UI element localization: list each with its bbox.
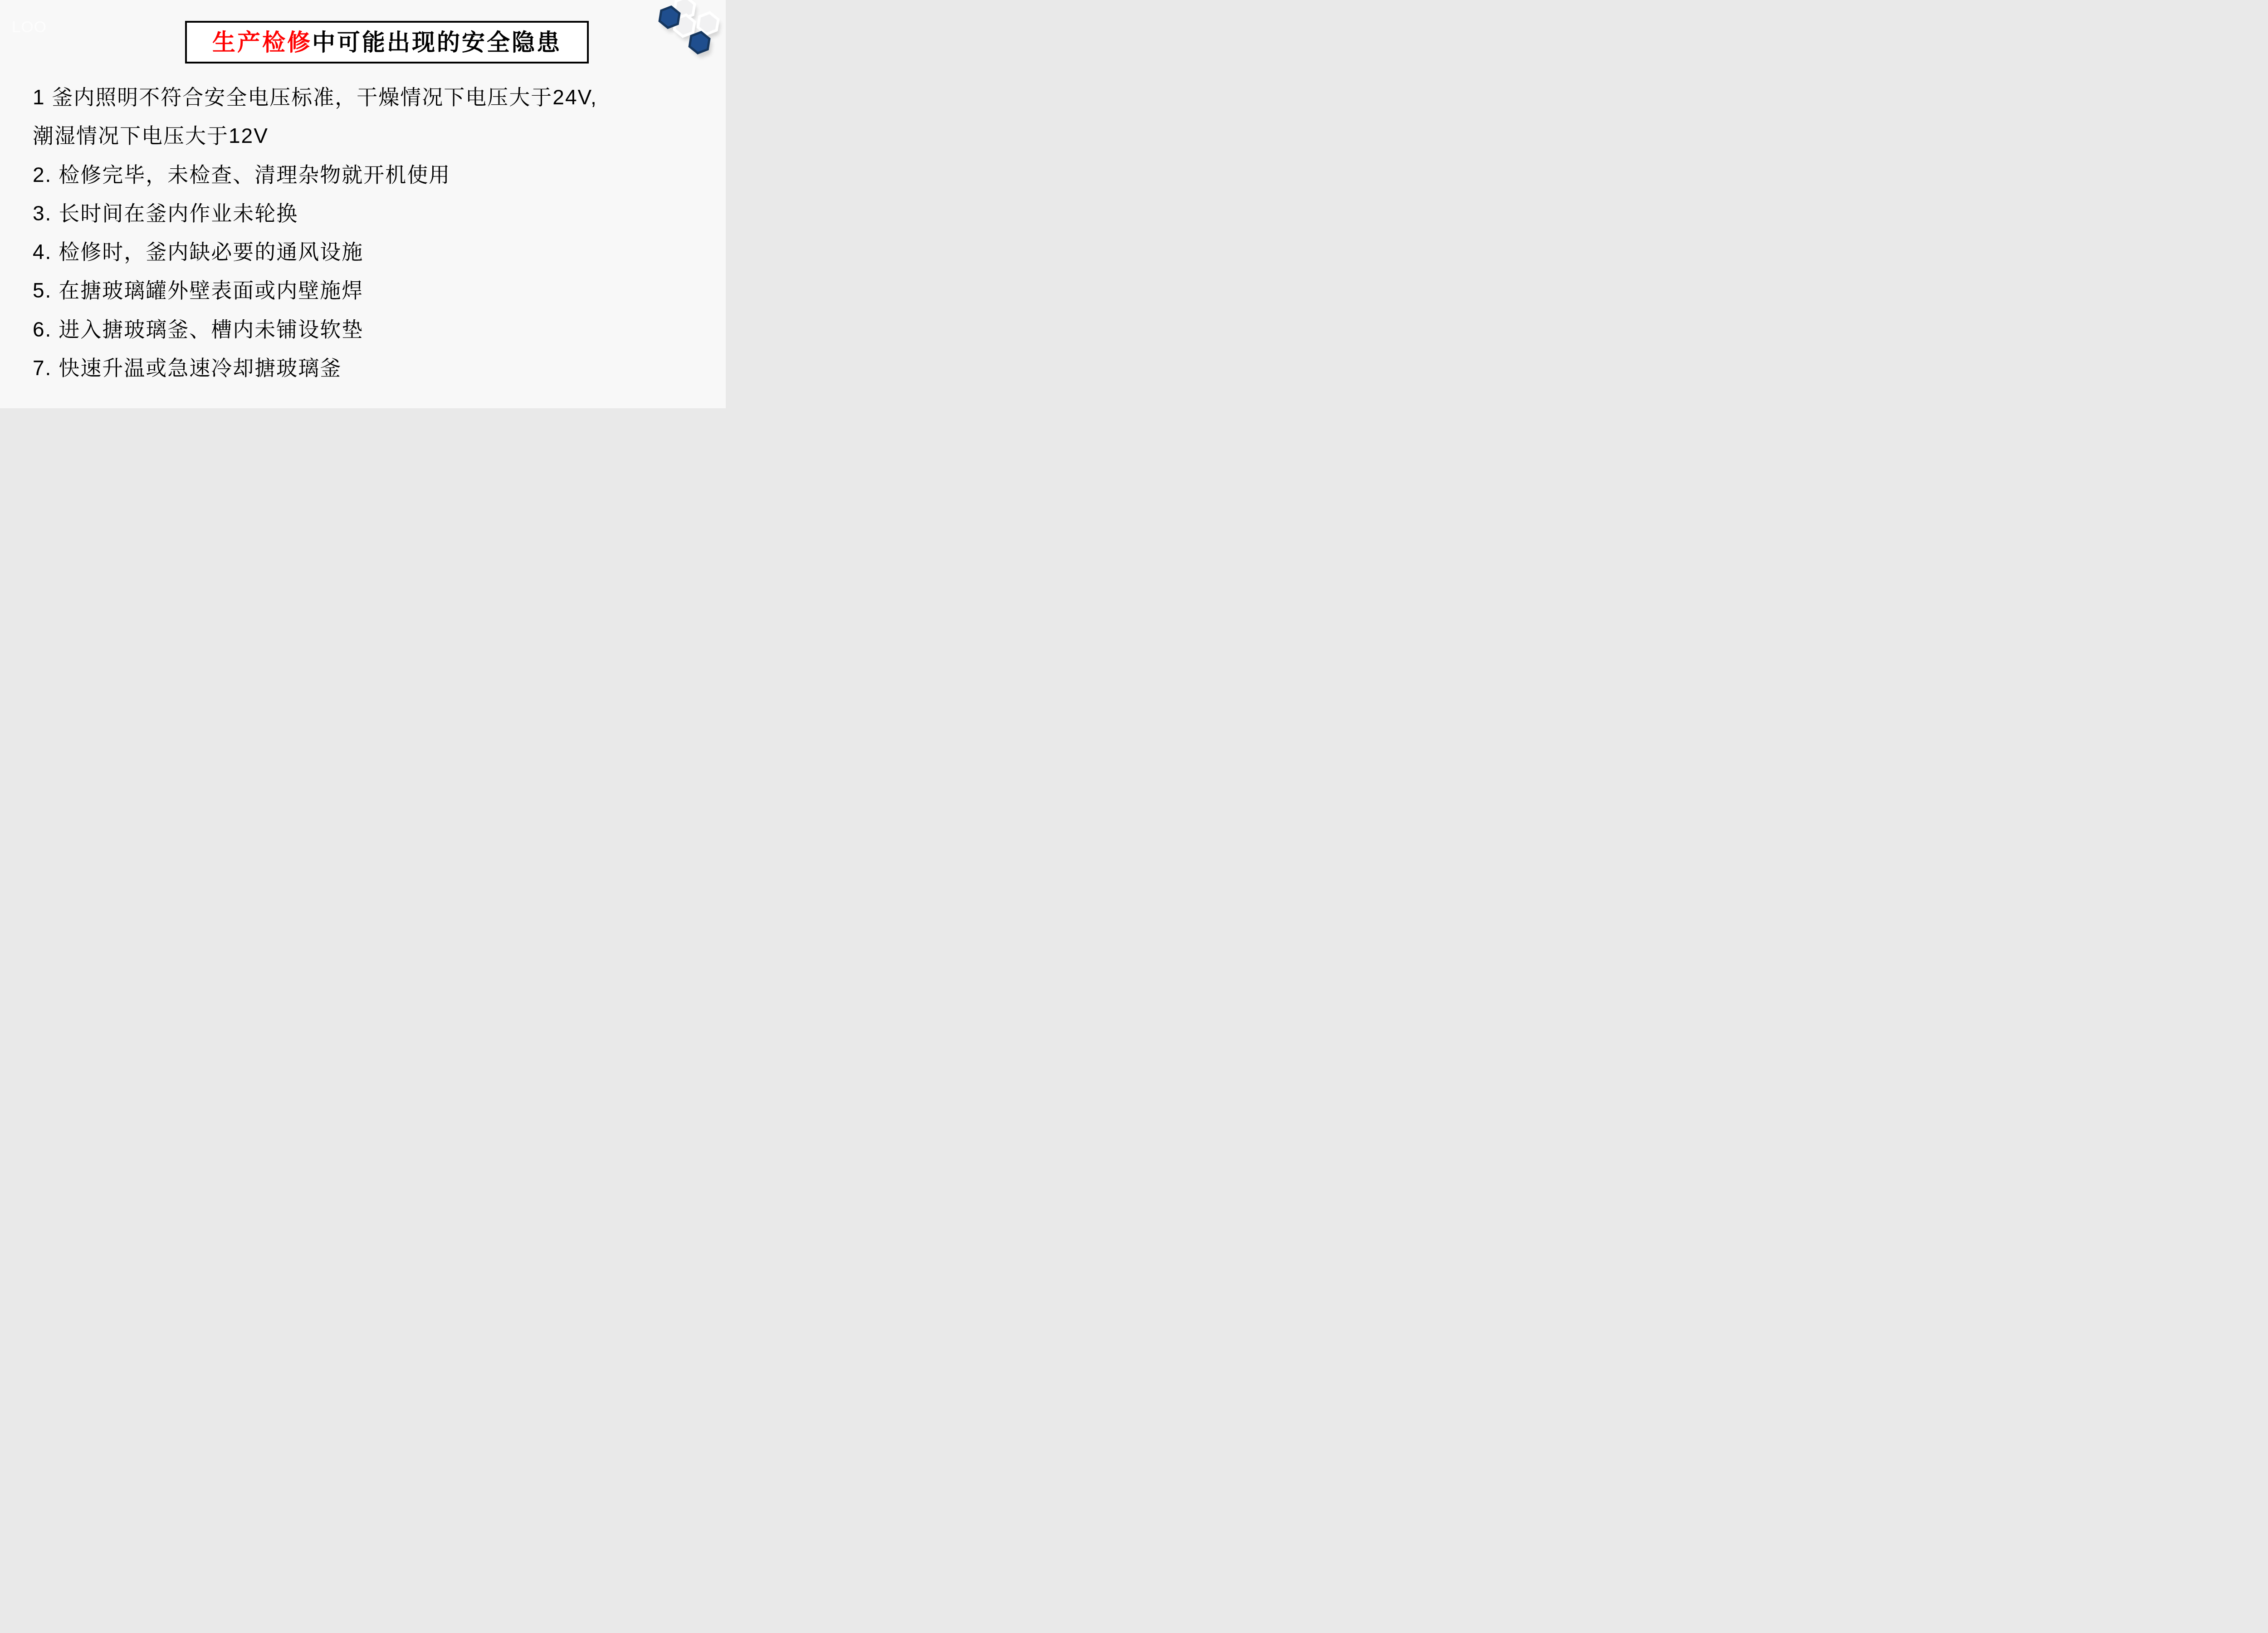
list-item: 3. 长时间在釜内作业未轮换: [33, 194, 695, 233]
white-hexagon-icon: [674, 14, 696, 38]
white-hexagon-icon: [697, 11, 719, 36]
white-hexagon-middle: [674, 14, 696, 38]
white-hexagon-icon: [674, 0, 696, 20]
list-item: 潮湿情况下电压大于12V: [33, 117, 695, 155]
white-hexagon-right: [697, 11, 719, 36]
title-rest: 中可能出现的安全隐患: [312, 29, 562, 55]
blue-hexagon-icon: [659, 5, 680, 29]
list-item: 7. 快速升温或急速冷却搪玻璃釜: [33, 349, 695, 387]
list-item: 4. 检修时，釜内缺必要的通风设施: [33, 233, 695, 271]
page-title: 生产检修中可能出现的安全隐患: [212, 31, 562, 54]
blue-hexagon-icon: [689, 31, 710, 55]
logo-watermark: LOO: [12, 18, 47, 36]
list-item: 6. 进入搪玻璃釜、槽内未铺设软垫: [33, 310, 695, 349]
list-item: 2. 检修完毕，未检查、清理杂物就开机使用: [33, 156, 695, 194]
blue-hexagon-upper: [659, 5, 680, 29]
blue-hexagon-lower: [689, 31, 710, 55]
hazard-list: 1 釜内照明不符合安全电压标准，干燥情况下电压大于24V, 潮湿情况下电压大于1…: [33, 78, 695, 387]
list-item: 5. 在搪玻璃罐外壁表面或内壁施焊: [33, 271, 695, 310]
slide: LOO 生产检修中可能出现的安全隐患 1 釜内照明不符合安全电压标准，干燥情况下…: [0, 0, 726, 408]
white-hexagon-top: [674, 0, 696, 20]
title-box: 生产检修中可能出现的安全隐患: [185, 21, 589, 64]
hexagon-decoration: [626, 0, 726, 73]
title-highlight: 生产检修: [212, 29, 312, 55]
hexagon-shadows: [661, 0, 722, 59]
list-item: 1 釜内照明不符合安全电压标准，干燥情况下电压大于24V,: [33, 78, 695, 117]
